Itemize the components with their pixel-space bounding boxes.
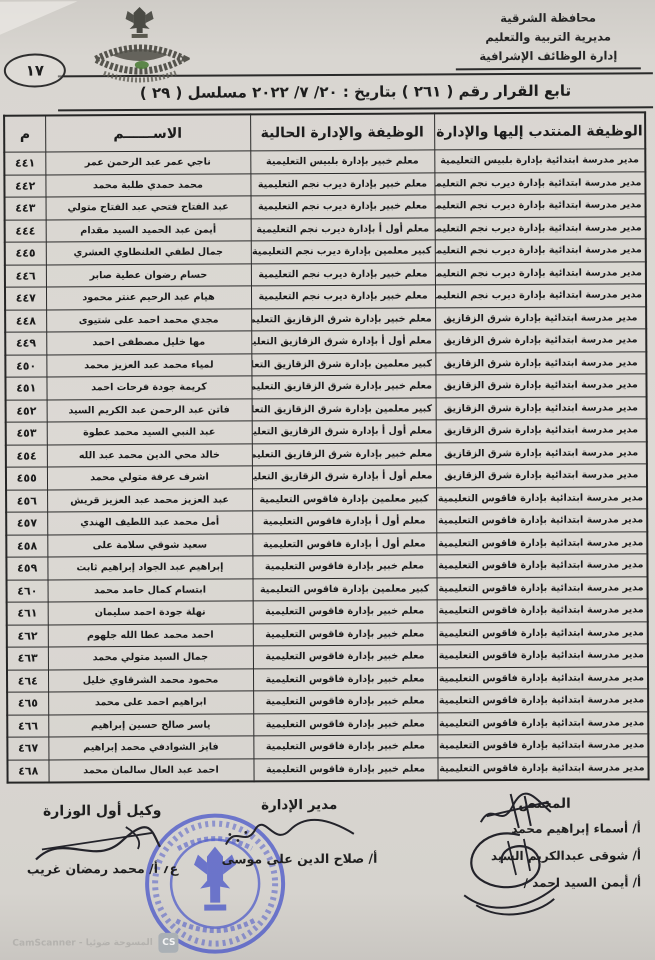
name-cell: أمل محمد عبد اللطيف الهندي [47,511,252,535]
ministry-logo-stamp [90,3,190,96]
calligraphy-emblem [96,48,184,80]
current-job-cell: معلم أول أ بإدارة شرق الزقازيق التعليمية [252,465,436,488]
current-job-cell: كبير معلمين بإدارة فاقوس التعليمية [253,577,437,600]
name-cell: فاتن عبد الرحمن عبد الكريم السيد [47,398,252,422]
name-cell: عبد النبي السيد محمد عطوة [47,421,252,445]
current-job-cell: معلم خبير بإدارة شرق الزقازيق التعليمية [251,307,435,330]
name-cell: نهلة جودة احمد سليمان [48,601,253,625]
row-num-cell: ٤٦٥ [7,692,48,715]
seconded-job-cell: مدير مدرسة ابتدائية بإدارة فاقوس التعليم… [437,666,648,690]
current-job-cell: معلم أول أ بإدارة فاقوس التعليمية [252,510,436,533]
seconded-job-cell: مدير مدرسة ابتدائية بإدارة شرق الزقازيق [436,441,647,465]
seconded-job-cell: مدير مدرسة ابتدائية بإدارة ديرب نجم التع… [435,194,646,218]
current-job-cell: معلم خبير بإدارة فاقوس التعليمية [253,667,437,690]
seconded-job-cell: مدير مدرسة ابتدائية بإدارة فاقوس التعليم… [437,576,648,600]
current-job-cell: كبير معلمين بإدارة شرق الزقازيق التعليمي… [252,397,436,420]
table-row: مدير مدرسة ابتدائية بإدارة ديرب نجم التع… [5,261,646,287]
table-row: مدير مدرسة ابتدائية بإدارة شرق الزقازيقك… [6,396,647,422]
current-job-cell: معلم خبير بإدارة ديرب نجم التعليمية [250,172,434,195]
header-seconded-job: الوظيفة المنتدب إليها والإدارة [434,112,645,150]
row-num-cell: ٤٥٢ [6,399,47,422]
row-num-cell: ٤٤٣ [5,197,46,220]
seconded-job-cell: مدير مدرسة ابتدائية بإدارة شرق الزقازيق [435,306,646,330]
row-num-cell: ٤٥١ [5,377,46,400]
secondment-table: الوظيفة المنتدب إليها والإدارة الوظيفة و… [3,111,649,783]
table-row: مدير مدرسة ابتدائية بإدارة فاقوس التعليم… [7,756,648,782]
name-cell: جمال السيد متولي محمد [48,646,253,670]
decree-title: تابع القرار رقم ( ٢٦١ ) بتاريخ : ٢٠/ ٧/ … [140,82,571,102]
name-cell: جمال لطفي العلنطاوي العشري [46,241,251,265]
seconded-job-cell: مدير مدرسة ابتدائية بإدارة بلبيس التعليم… [434,149,645,173]
row-num-cell: ٤٥٥ [6,467,47,490]
seconded-job-cell: مدير مدرسة ابتدائية بإدارة فاقوس التعليم… [437,689,648,713]
current-job-cell: كبير معلمين بإدارة شرق الزقازيق التعليمي… [251,352,435,375]
table-row: مدير مدرسة ابتدائية بإدارة شرق الزقازيقم… [6,419,647,445]
row-num-cell: ٤٤٩ [5,332,46,355]
name-cell: ناجي عمر عبد الرحمن عمر [45,151,250,175]
document-content: محافظة الشرقية مديرية التربية والتعليم إ… [0,0,655,960]
table-row: مدير مدرسة ابتدائية بإدارة فاقوس التعليم… [6,509,647,535]
current-job-cell: معلم خبير بإدارة شرق الزقازيق التعليمية [251,375,435,398]
current-job-cell: معلم أول أ بإدارة فاقوس التعليمية [252,532,436,555]
row-num-cell: ٤٤٥ [5,242,46,265]
name-cell: حسام رضوان عطية صابر [46,263,251,287]
name-cell: احمد عبد العال سالمان محمد [48,758,253,782]
row-num-cell: ٤٥٤ [6,444,47,467]
current-job-cell: معلم خبير بإدارة فاقوس التعليمية [253,600,437,623]
seconded-job-cell: مدير مدرسة ابتدائية بإدارة فاقوس التعليم… [437,621,648,645]
current-job-cell: كبير معلمين بإدارة فاقوس التعليمية [252,487,436,510]
name-cell: فايز الشوادفي محمد إبراهيم [48,736,253,760]
name-cell: خالد محي الدين محمد عبد الله [47,443,252,467]
table-row: مدير مدرسة ابتدائية بإدارة فاقوس التعليم… [7,621,648,647]
row-num-cell: ٤٤٢ [4,174,45,197]
table-row: مدير مدرسة ابتدائية بإدارة فاقوس التعليم… [7,734,648,760]
name-cell: ابراهيم احمد على محمد [48,691,253,715]
table-row: مدير مدرسة ابتدائية بإدارة شرق الزقازيقم… [6,464,647,490]
row-num-cell: ٤٥٨ [6,534,47,557]
table-row: مدير مدرسة ابتدائية بإدارة فاقوس التعليم… [7,689,648,715]
table-row: مدير مدرسة ابتدائية بإدارة ديرب نجم التع… [5,216,646,242]
page-number-badge: ١٧ [4,53,66,87]
name-cell: اشرف عرفة متولي محمد [47,466,252,490]
current-job-cell: معلم خبير بإدارة فاقوس التعليمية [253,645,437,668]
name-cell: مها خليل مصطفى احمد [46,331,251,355]
seconded-job-cell: مدير مدرسة ابتدائية بإدارة شرق الزقازيق [435,329,646,353]
scan-corner-highlight [0,1,78,35]
table-row: مدير مدرسة ابتدائية بإدارة بلبيس التعليم… [4,149,645,175]
current-job-cell: معلم خبير بإدارة فاقوس التعليمية [253,690,437,713]
table-row: مدير مدرسة ابتدائية بإدارة شرق الزقازيقم… [5,374,646,400]
seconded-job-cell: مدير مدرسة ابتدائية بإدارة شرق الزقازيق [436,419,647,443]
name-cell: محمد حمدي طلبة محمد [45,173,250,197]
current-job-cell: معلم خبير بإدارة بلبيس التعليمية [250,150,434,173]
table-row: مدير مدرسة ابتدائية بإدارة فاقوس التعليم… [7,644,648,670]
signature-undersecretary [30,819,165,875]
seconded-job-cell: مدير مدرسة ابتدائية بإدارة شرق الزقازيق [435,374,646,398]
table-row: مدير مدرسة ابتدائية بإدارة شرق الزقازيقم… [5,329,646,355]
name-cell: ياسر صالح حسين إبراهيم [48,713,253,737]
table-row: مدير مدرسة ابتدائية بإدارة فاقوس التعليم… [6,531,647,557]
table-row: مدير مدرسة ابتدائية بإدارة فاقوس التعليم… [7,666,648,692]
row-num-cell: ٤٦٢ [7,624,48,647]
table-row: مدير مدرسة ابتدائية بإدارة فاقوس التعليم… [6,554,647,580]
table-row: مدير مدرسة ابتدائية بإدارة شرق الزقازيقم… [6,441,647,467]
table-row: مدير مدرسة ابتدائية بإدارة فاقوس التعليم… [7,576,648,602]
name-cell: لمياء محمد عبد العزيز محمد [46,353,251,377]
name-cell: عبد الفتاح فتحي عبد الفتاح متولي [46,196,251,220]
seconded-job-cell: مدير مدرسة ابتدائية بإدارة ديرب نجم التع… [435,216,646,240]
seconded-job-cell: مدير مدرسة ابتدائية بإدارة فاقوس التعليم… [437,599,648,623]
seconded-job-cell: مدير مدرسة ابتدائية بإدارة شرق الزقازيق [436,464,647,488]
row-num-cell: ٤٥٣ [6,422,47,445]
row-num-cell: ٤٥٦ [6,489,47,512]
table-row: مدير مدرسة ابتدائية بإدارة ديرب نجم التع… [5,239,646,265]
seconded-job-cell: مدير مدرسة ابتدائية بإدارة فاقوس التعليم… [436,554,647,578]
seconded-job-cell: مدير مدرسة ابتدائية بإدارة فاقوس التعليم… [436,486,647,510]
table-header: الوظيفة المنتدب إليها والإدارة الوظيفة و… [4,112,645,152]
department-name: إدارة الوظائف الإشرافية [456,46,641,70]
current-job-cell: معلم خبير بإدارة ديرب نجم التعليمية [251,285,435,308]
current-job-cell: كبير معلمين بإدارة ديرب نجم التعليمية [251,240,435,263]
name-cell: إبراهيم عبد الجواد إبراهيم ثابت [47,556,252,580]
row-num-cell: ٤٦٤ [7,669,48,692]
camscanner-text: CamScanner - المسوحة ضوئيا [12,938,153,949]
table-row: مدير مدرسة ابتدائية بإدارة ديرب نجم التع… [5,194,646,220]
seconded-job-cell: مدير مدرسة ابتدائية بإدارة فاقوس التعليم… [436,531,647,555]
name-cell: هيام عبد الرحيم عنتر محمود [46,286,251,310]
name-cell: محمود محمد الشرقاوي خليل [48,668,253,692]
seconded-job-cell: مدير مدرسة ابتدائية بإدارة فاقوس التعليم… [437,756,648,780]
name-cell: كريمة جودة فرحات احمد [46,376,251,400]
header-num: م [4,115,45,152]
directorate-name: مديرية التربية والتعليم [456,27,641,47]
signature-director [220,812,360,858]
name-cell: عبد العزيز محمد عبد العزيز قريش [47,488,252,512]
signature-specialist-2 [450,827,566,928]
eagle-icon [126,7,154,38]
name-cell: أيمن عبد الحميد السيد مقدام [46,218,251,242]
letterhead: محافظة الشرقية مديرية التربية والتعليم إ… [456,8,641,70]
current-job-cell: معلم أول أ بإدارة شرق الزقازيق التعليمية [251,330,435,353]
seconded-job-cell: مدير مدرسة ابتدائية بإدارة شرق الزقازيق [435,351,646,375]
seconded-job-cell: مدير مدرسة ابتدائية بإدارة فاقوس التعليم… [437,711,648,735]
current-job-cell: معلم خبير بإدارة فاقوس التعليمية [253,735,437,758]
current-job-cell: معلم خبير بإدارة فاقوس التعليمية [253,622,437,645]
seconded-job-cell: مدير مدرسة ابتدائية بإدارة ديرب نجم التع… [435,284,646,308]
row-num-cell: ٤٦٠ [7,579,48,602]
table-row: مدير مدرسة ابتدائية بإدارة شرق الزقازيقك… [5,351,646,377]
table-row: مدير مدرسة ابتدائية بإدارة فاقوس التعليم… [6,486,647,512]
table-row: مدير مدرسة ابتدائية بإدارة شرق الزقازيقم… [5,306,646,332]
row-num-cell: ٤٤٧ [5,287,46,310]
row-num-cell: ٤٤٦ [5,264,46,287]
row-num-cell: ٤٥٠ [5,354,46,377]
row-num-cell: ٤٥٧ [6,512,47,535]
seconded-job-cell: مدير مدرسة ابتدائية بإدارة شرق الزقازيق [436,396,647,420]
table-row: مدير مدرسة ابتدائية بإدارة ديرب نجم التع… [4,171,645,197]
current-job-cell: معلم خبير بإدارة فاقوس التعليمية [253,757,437,781]
row-num-cell: ٤٦١ [7,602,48,625]
name-cell: مجدي محمد احمد على شتيوى [46,308,251,332]
seconded-job-cell: مدير مدرسة ابتدائية بإدارة ديرب نجم التع… [434,171,645,195]
table-body: مدير مدرسة ابتدائية بإدارة بلبيس التعليم… [4,149,648,783]
seconded-job-cell: مدير مدرسة ابتدائية بإدارة فاقوس التعليم… [437,644,648,668]
director-title: مدير الإدارة [207,797,392,814]
current-job-cell: معلم خبير بإدارة شرق الزقازيق التعليمية [252,442,436,465]
current-job-cell: معلم خبير بإدارة ديرب نجم التعليمية [251,262,435,285]
row-num-cell: ٤٦٧ [7,737,48,760]
name-cell: ابتسام كمال حامد محمد [48,578,253,602]
header-current-job: الوظيفة والإدارة الحالية [250,113,434,150]
current-job-cell: معلم خبير بإدارة ديرب نجم التعليمية [251,195,435,218]
row-num-cell: ٤٥٩ [6,557,47,580]
seconded-job-cell: مدير مدرسة ابتدائية بإدارة فاقوس التعليم… [437,734,648,758]
seconded-job-cell: مدير مدرسة ابتدائية بإدارة ديرب نجم التع… [435,261,646,285]
current-job-cell: معلم خبير بإدارة فاقوس التعليمية [252,555,436,578]
camscanner-watermark: CS CamScanner - المسوحة ضوئيا [12,933,179,954]
name-cell: احمد محمد عطا الله جلهوم [48,623,253,647]
current-job-cell: معلم أول أ بإدارة ديرب نجم التعليمية [251,217,435,240]
row-num-cell: ٤٤١ [4,152,45,175]
governorate-name: محافظة الشرقية [456,8,641,28]
camscanner-icon: CS [159,933,179,953]
current-job-cell: معلم أول أ بإدارة شرق الزقازيق التعليمية [252,420,436,443]
scanned-document-page: محافظة الشرقية مديرية التربية والتعليم إ… [0,0,655,960]
name-cell: سعيد شوقي سلامة على [47,533,252,557]
row-num-cell: ٤٤٤ [5,219,46,242]
row-num-cell: ٤٦٨ [7,759,48,782]
row-num-cell: ٤٦٦ [7,714,48,737]
seconded-job-cell: مدير مدرسة ابتدائية بإدارة ديرب نجم التع… [435,239,646,263]
table-row: مدير مدرسة ابتدائية بإدارة فاقوس التعليم… [7,599,648,625]
current-job-cell: معلم خبير بإدارة فاقوس التعليمية [253,712,437,735]
table-row: مدير مدرسة ابتدائية بإدارة ديرب نجم التع… [5,284,646,310]
page-number: ١٧ [26,61,44,79]
header-name: الاســــــم [45,114,250,152]
row-num-cell: ٤٦٣ [7,647,48,670]
undersecretary-title: وكيل أول الوزارة [10,803,195,820]
seconded-job-cell: مدير مدرسة ابتدائية بإدارة فاقوس التعليم… [436,509,647,533]
table-row: مدير مدرسة ابتدائية بإدارة فاقوس التعليم… [7,711,648,737]
row-num-cell: ٤٤٨ [5,309,46,332]
